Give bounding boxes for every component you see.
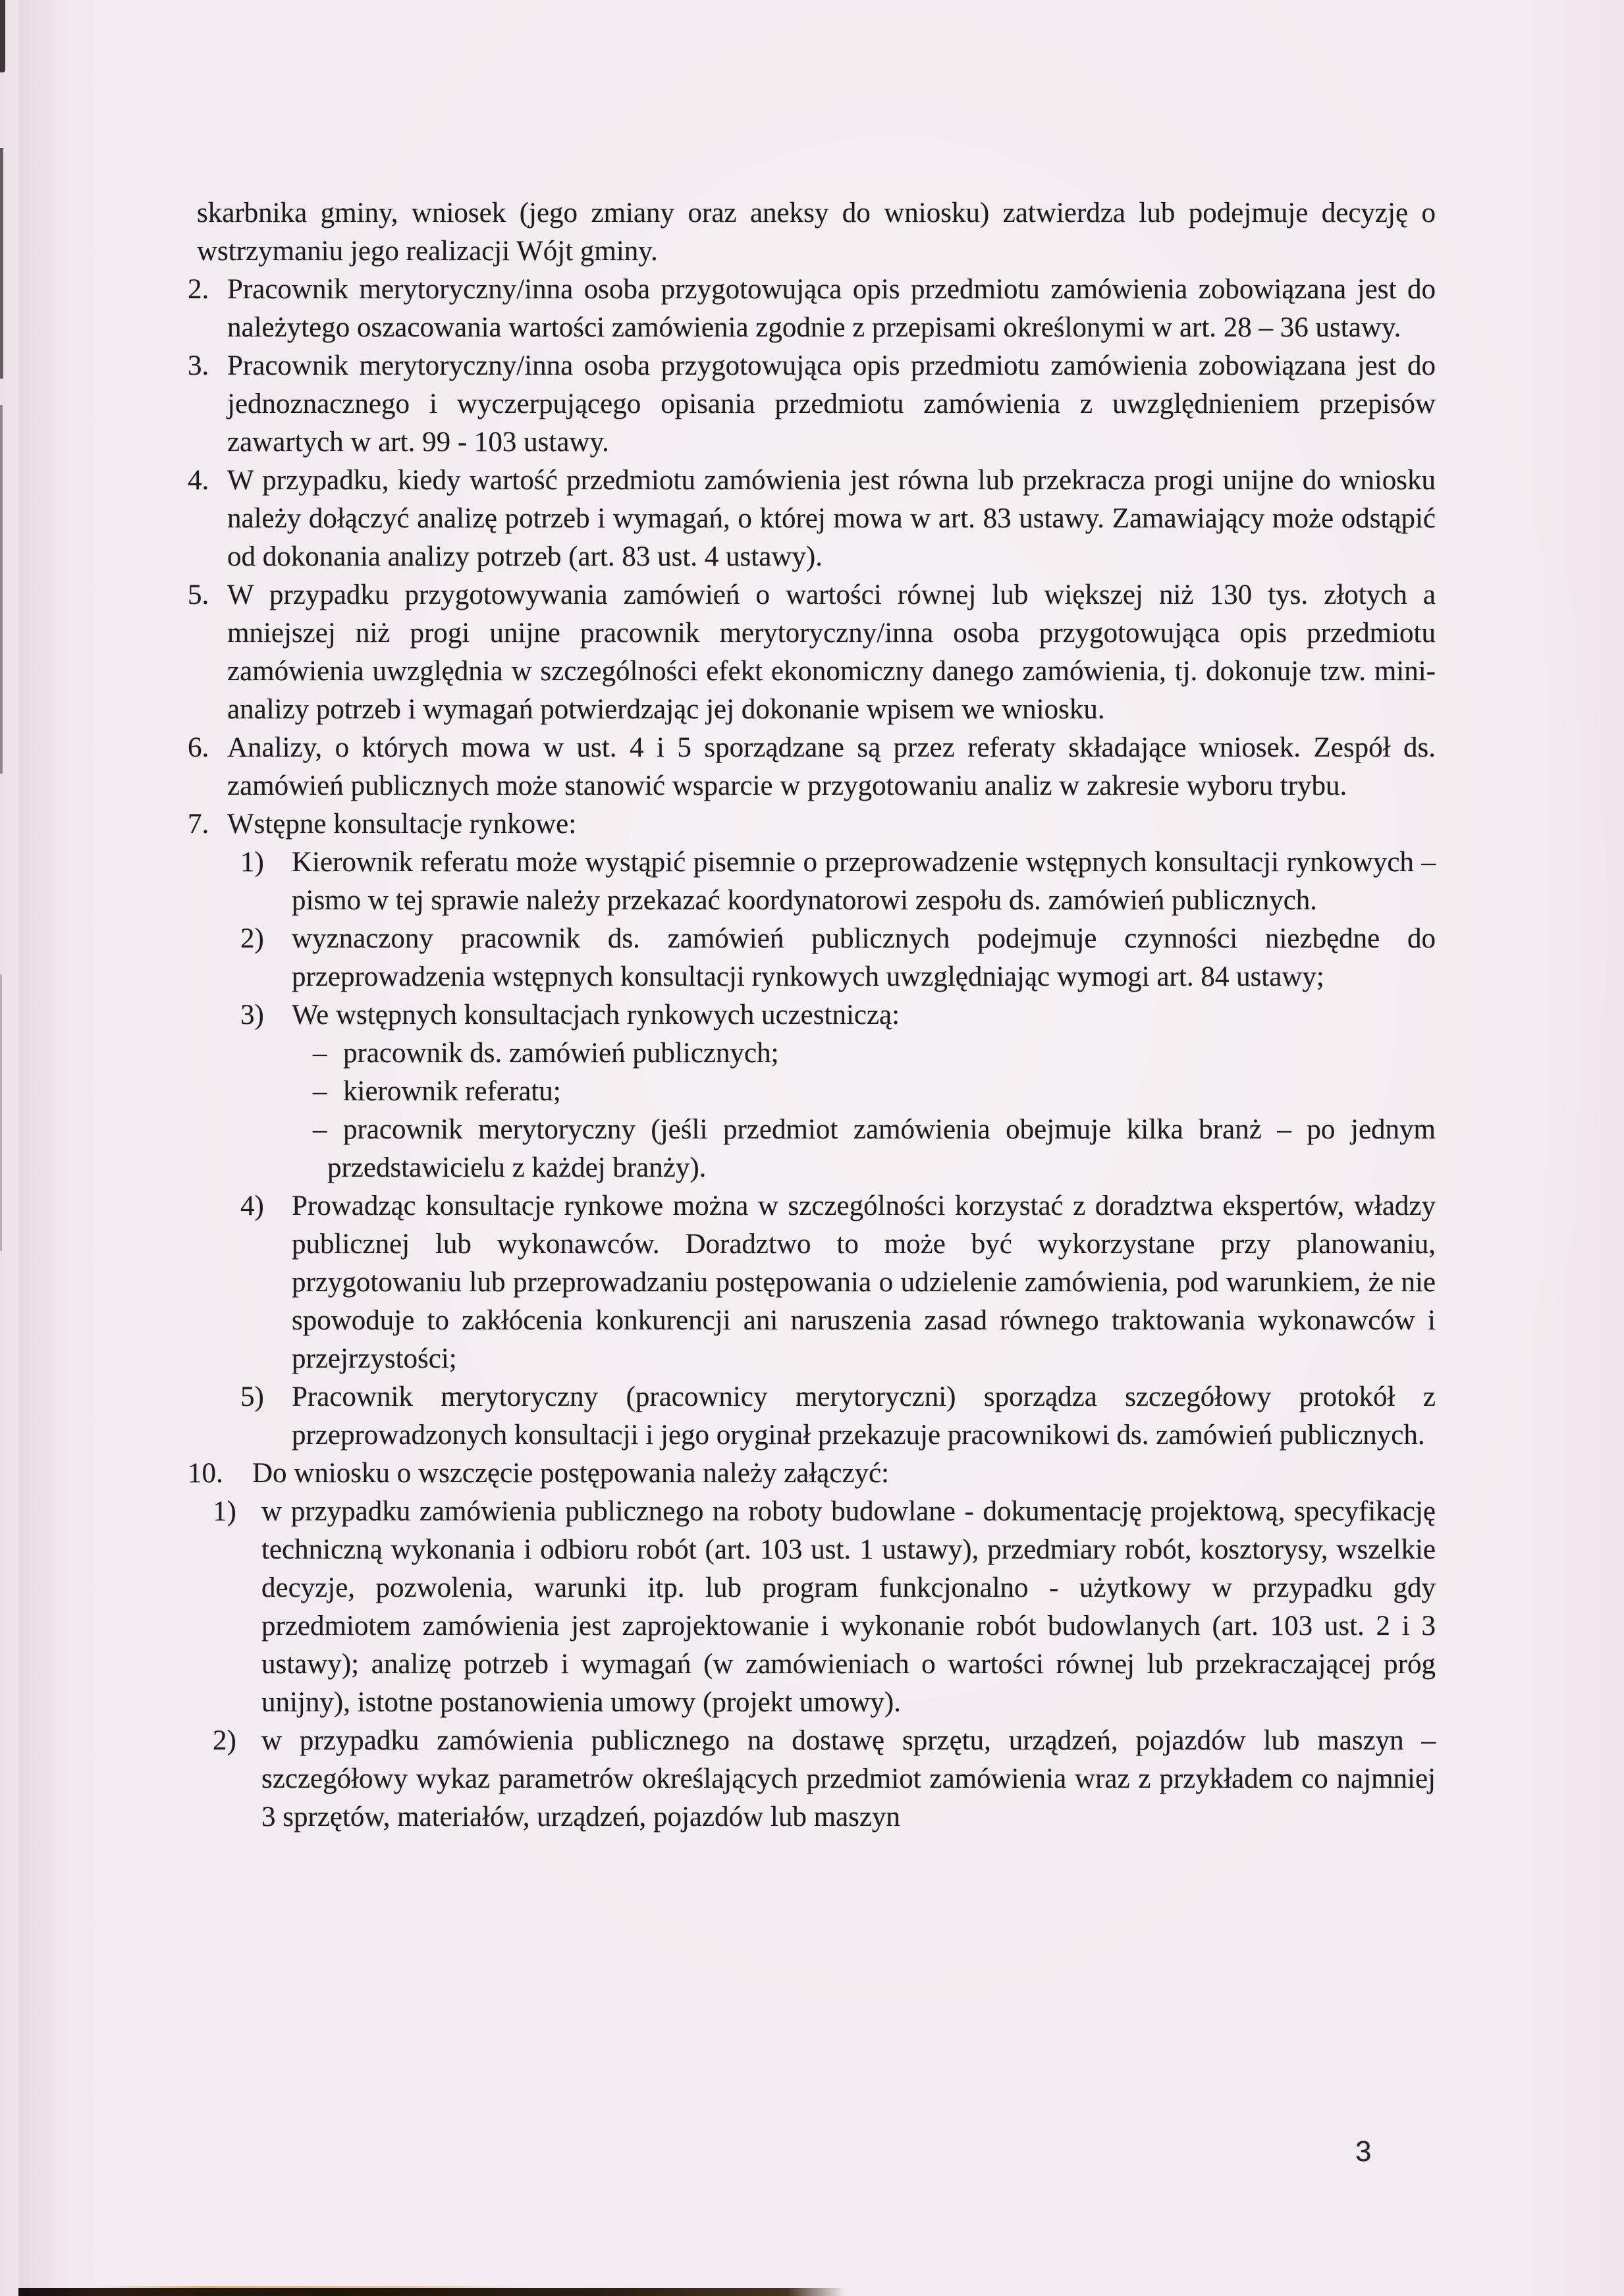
item-marker: 5.: [188, 576, 209, 614]
list-item: 10.Do wniosku o wszczęcie postępowania n…: [188, 1455, 1436, 1493]
sub-item-marker: 5): [240, 1378, 264, 1416]
item-text: Pracownik merytoryczny/inna osoba przygo…: [227, 271, 1436, 347]
list-item: 5.W przypadku przygotowywania zamówień o…: [188, 576, 1436, 729]
item-marker: 7.: [188, 805, 209, 843]
scan-edge-artifact: [0, 974, 2, 1251]
item-marker: 6.: [188, 729, 209, 767]
sub-item-marker: 1): [213, 1493, 236, 1531]
sub-item-text: wyznaczony pracownik ds. zamówień public…: [292, 920, 1436, 996]
item-text: Do wniosku o wszczęcie postępowania nale…: [252, 1455, 1436, 1493]
dash-icon: –: [313, 1073, 327, 1111]
page-number: 3: [1355, 2135, 1371, 2168]
sub-item-text: Kierownik referatu może wystąpić pisemni…: [292, 843, 1436, 920]
dash-icon: –: [313, 1034, 327, 1073]
item-marker: 10.: [188, 1455, 223, 1493]
sub-item-text: We wstępnych konsultacjach rynkowych ucz…: [292, 996, 1436, 1034]
dash-item-text: pracownik ds. zamówień publicznych;: [327, 1034, 1436, 1073]
sub-item-marker: 2): [213, 1722, 236, 1760]
dash-list-item: –pracownik merytoryczny (jeśli przedmiot…: [188, 1111, 1436, 1187]
document-body-text: skarbnika gminy, wniosek (jego zmiany or…: [188, 194, 1436, 1836]
sub-item-text: w przypadku zamówienia publicznego na ro…: [261, 1493, 1436, 1722]
sub-list-item: 1)Kierownik referatu może wystąpić pisem…: [188, 843, 1436, 920]
scan-edge-artifact: [0, 405, 3, 774]
item-text: Pracownik merytoryczny/inna osoba przygo…: [227, 347, 1436, 462]
scanned-document-page: skarbnika gminy, wniosek (jego zmiany or…: [0, 0, 1624, 2296]
scan-edge-artifact: [0, 148, 3, 379]
sub-item-text: w przypadku zamówienia publicznego na do…: [261, 1722, 1436, 1836]
sub-item-marker: 1): [240, 843, 264, 882]
item-text: W przypadku, kiedy wartość przedmiotu za…: [227, 462, 1436, 576]
sub-item-marker: 4): [240, 1187, 264, 1225]
dash-item-text: kierownik referatu;: [327, 1073, 1436, 1111]
item-marker: 3.: [188, 347, 209, 385]
sub-list-item: 4)Prowadząc konsultacje rynkowe można w …: [188, 1187, 1436, 1378]
item-text: Analizy, o których mowa w ust. 4 i 5 spo…: [227, 729, 1436, 805]
sub-item-text: Pracownik merytoryczny (pracownicy meryt…: [292, 1378, 1436, 1455]
item-marker: 2.: [188, 271, 209, 309]
item-text: Wstępne konsultacje rynkowe:: [227, 805, 1436, 843]
list-item: 6.Analizy, o których mowa w ust. 4 i 5 s…: [188, 729, 1436, 805]
sub-item-text: Prowadząc konsultacje rynkowe można w sz…: [292, 1187, 1436, 1378]
item-text: W przypadku przygotowywania zamówień o w…: [227, 576, 1436, 729]
list-item: 2.Pracownik merytoryczny/inna osoba przy…: [188, 271, 1436, 347]
sub-list-item: 2)w przypadku zamówienia publicznego na …: [188, 1722, 1436, 1836]
scan-edge-artifact: [0, 0, 5, 72]
sub-list-item: 1)w przypadku zamówienia publicznego na …: [188, 1493, 1436, 1722]
scan-bottom-edge-artifact: [18, 2288, 845, 2296]
list-item: 3.Pracownik merytoryczny/inna osoba przy…: [188, 347, 1436, 462]
sub-list-item: 2)wyznaczony pracownik ds. zamówień publ…: [188, 920, 1436, 996]
paper-shading: [18, 0, 61, 2296]
dash-icon: –: [313, 1111, 327, 1149]
sub-item-marker: 2): [240, 920, 264, 958]
continuation-paragraph: skarbnika gminy, wniosek (jego zmiany or…: [197, 194, 1436, 271]
sub-list-item: 3)We wstępnych konsultacjach rynkowych u…: [188, 996, 1436, 1034]
dash-list-item: –pracownik ds. zamówień publicznych;: [188, 1034, 1436, 1073]
item-marker: 4.: [188, 462, 209, 500]
list-item: 4.W przypadku, kiedy wartość przedmiotu …: [188, 462, 1436, 576]
list-item: 7.Wstępne konsultacje rynkowe:: [188, 805, 1436, 843]
sub-item-marker: 3): [240, 996, 264, 1034]
dash-item-text: pracownik merytoryczny (jeśli przedmiot …: [327, 1111, 1436, 1187]
dash-list-item: –kierownik referatu;: [188, 1073, 1436, 1111]
sub-list-item: 5)Pracownik merytoryczny (pracownicy mer…: [188, 1378, 1436, 1455]
